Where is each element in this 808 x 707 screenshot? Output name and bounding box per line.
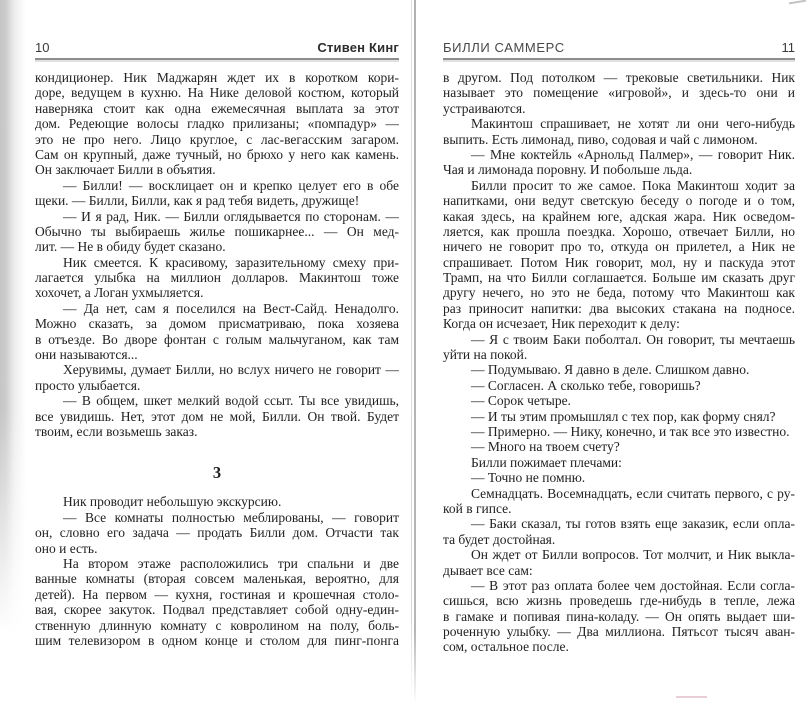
page-left-body: кондиционер. Ник Маджарян ждет их в коро… (35, 70, 399, 648)
text-line: в гамаке и попивая пина-коладу. — Он опя… (443, 609, 795, 624)
section-number: 3 (35, 464, 399, 481)
text-line: На втором этаже расположились три спальн… (35, 556, 399, 571)
page-left: 10 Стивен Кинг кондиционер. Ник Маджарян… (0, 0, 412, 707)
text-line: Он ждет от Билли вопросов. Тот молчит, и… (443, 547, 795, 562)
text-line: Билли пожимает плечами: (443, 455, 795, 470)
text-line: Он заключает Билли в объятия. (35, 162, 399, 177)
text-line: это не про него. Лицо круглое, с лас-вег… (35, 132, 399, 147)
text-line: — И ты этим промышлял с тех пор, как фор… (443, 409, 795, 424)
text-line: дывает все сам: (443, 563, 795, 578)
text-line: Трамп, на что Билли соглашается. Больше … (443, 270, 795, 285)
text-line: выпить. Есть лимонад, пиво, содовая и ча… (443, 132, 795, 147)
text-line: — В этот раз оплата более чем достойная.… (443, 578, 795, 593)
text-line: лагается улыбка на миллион долларов. Мак… (35, 270, 399, 285)
text-line: устраиваются. (443, 101, 795, 116)
text-line: оно и есть. (35, 541, 399, 556)
text-line: напитками, они ведут светскую беседу о п… (443, 193, 795, 208)
text-line: — Много на твоем счету? (443, 439, 795, 454)
text-line: — Сорок четыре. (443, 393, 795, 408)
text-line: ничего не говорит про то, откуда он прил… (443, 239, 795, 254)
text-line: — И я рад, Ник. — Билли оглядывается по … (35, 209, 399, 224)
text-line: Макинтош спрашивает, не хотят ли они чег… (443, 116, 795, 131)
text-line: шим телевизором в одном конце и столом д… (35, 633, 399, 648)
text-line: уйти на покой. (443, 347, 795, 362)
text-line: другу нечего, но это не беда, потому что… (443, 285, 795, 300)
text-line: кондиционер. Ник Маджарян ждет их в коро… (35, 70, 399, 85)
text-line: — Мне коктейль «Арнольд Палмер», — говор… (443, 147, 795, 162)
text-line: Ник смеется. К красивому, заразительному… (35, 255, 399, 270)
text-line: все увидишь. Нет, этот дом не мой, Билли… (35, 409, 399, 424)
text-line: — Баки сказал, ты готов взять еще закази… (443, 516, 795, 531)
header-rule-right (443, 58, 795, 60)
text-line: просто улыбается. (35, 378, 399, 393)
text-line: раз приносит напитки: два высоких стакан… (443, 301, 795, 316)
text-line: — Билли! — восклицает он и крепко целует… (35, 178, 399, 193)
text-line: они называются... (35, 347, 399, 362)
text-line: наверняка стоит как одна ежемесячная вып… (35, 101, 399, 116)
text-line: — Согласен. А сколько тебе, говоришь? (443, 378, 795, 393)
text-line: хохочет, а Логан ухмыляется. (35, 285, 399, 300)
text-line: Когда он исчезает, Ник переходит к делу: (443, 316, 795, 331)
text-line: спрашивает. Потом Ник говорит, мол, ну и… (443, 255, 795, 270)
running-head-title: БИЛЛИ САММЕРС (443, 40, 565, 55)
text-line: Херувимы, думает Билли, но вслух ничего … (35, 362, 399, 377)
text-line: Чая и лимонада поровну. И побольше льда. (443, 162, 795, 177)
text-line: та будет достойная. (443, 532, 795, 547)
page-right-header: БИЛЛИ САММЕРС 11 (443, 40, 795, 55)
text-line: — В общем, шкет мелкий водой ссыт. Ты вс… (35, 393, 399, 408)
text-line: — Точно не помню. (443, 470, 795, 485)
text-line: — Я с твоим Баки поболтал. Он говорит, т… (443, 332, 795, 347)
text-line: сишься, всю жизнь проведешь где-нибудь в… (443, 593, 795, 608)
text-line: Можно сказать, за домом присматриваю, по… (35, 316, 399, 331)
text-line: ственную длинную комнату с ковролином на… (35, 618, 399, 633)
text-line: вая, скорее закуток. Подвал представляет… (35, 602, 399, 617)
text-line: ляется, как прошла поездка. Хорошо, отве… (443, 224, 795, 239)
text-line: — Примерно. — Нику, конечно, и так все э… (443, 424, 795, 439)
text-line: Обычно ты выбираешь жилье пошикарнее... … (35, 224, 399, 239)
page-number-left: 10 (35, 40, 49, 55)
page-right-body: в другом. Под потолком — трековые светил… (443, 70, 795, 655)
text-line: лит. — Не в обиду будет сказано. (35, 239, 399, 254)
text-line: в другом. Под потолком — трековые светил… (443, 70, 795, 85)
text-line: — Подумываю. Я давно в деле. Слишком дав… (443, 362, 795, 377)
text-line: ванные комнаты (вторая совсем маленькая,… (35, 571, 399, 586)
text-line: кой в гипсе. (443, 501, 795, 516)
text-line: доре, ведущем в кухню. На Нике деловой к… (35, 85, 399, 100)
text-line: — Все комнаты полностью меблированы, — г… (35, 510, 399, 525)
text-line: роченную улыбку. — Два миллиона. Пятьсот… (443, 624, 795, 639)
text-line: Сам он крупный, даже тучный, но брюхо у … (35, 147, 399, 162)
text-line: сом, остальное после. (443, 639, 795, 654)
running-head-author: Стивен Кинг (317, 40, 399, 55)
text-line: — Да нет, сам я поселился на Вест-Сайд. … (35, 301, 399, 316)
text-line: Семнадцать. Восемнадцать, если считать п… (443, 486, 795, 501)
page-number-right: 11 (782, 40, 796, 55)
text-line: в отъезде. Во дворе фонтан с голым мальч… (35, 332, 399, 347)
text-line: он, словно его задача — продать Билли до… (35, 525, 399, 540)
page-right: БИЛЛИ САММЕРС 11 в другом. Под потолком … (416, 0, 808, 707)
text-line: Билли просит то же самое. Пока Макинтош … (443, 178, 795, 193)
text-line: какая здесь, на крайнем юге, адская жара… (443, 209, 795, 224)
header-rule-left (35, 58, 399, 60)
text-line: Ник проводит небольшую экскурсию. (35, 494, 399, 509)
text-line: твоим, если возьмешь заказ. (35, 424, 399, 439)
text-line: щеки. — Билли, Билли, как я рад тебя вид… (35, 193, 399, 208)
text-line: называет это помещение «игровой», и здес… (443, 85, 795, 100)
text-line: дом. Редеющие волосы гладко прилизаны; «… (35, 116, 399, 131)
page-left-header: 10 Стивен Кинг (35, 40, 399, 55)
text-line: детей). На первом — кухня, гостиная и кр… (35, 587, 399, 602)
